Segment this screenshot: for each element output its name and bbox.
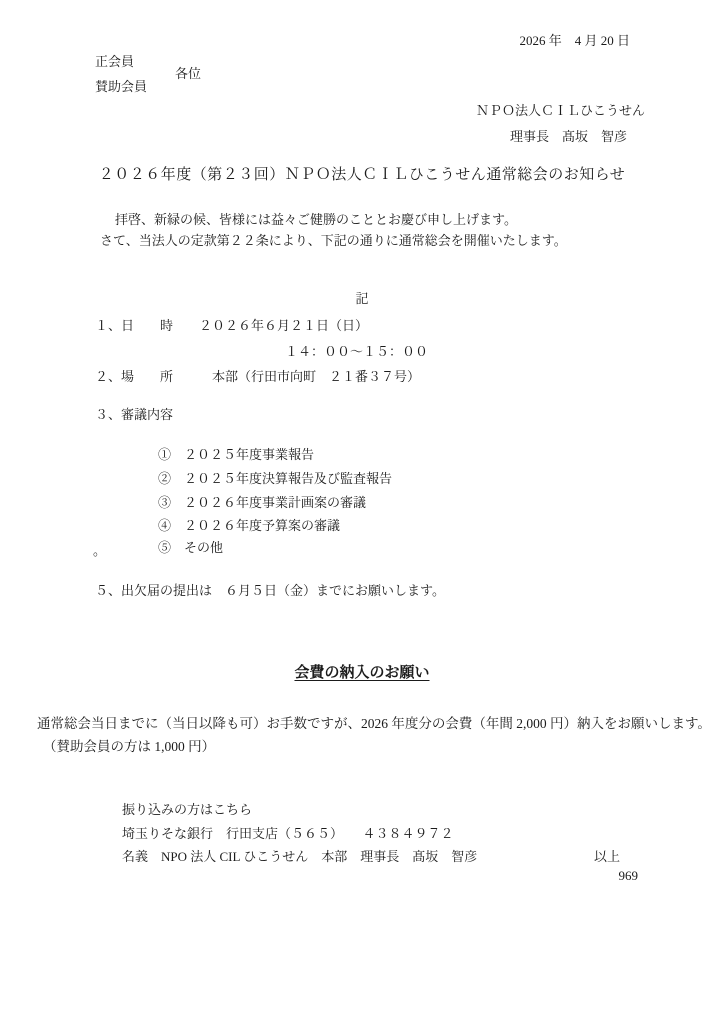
recipient-member-regular: 正会員 (95, 54, 134, 70)
item-rsvp: ５、出欠届の提出は ６月５日（金）までにお願いします。 (95, 583, 445, 599)
sender-representative: 理事長 髙坂 智彦 (510, 129, 627, 145)
document-title: ２０２６年度（第２３回）ＮＰＯ法人ＣＩＬひこうせん通常総会のお知らせ (0, 166, 724, 185)
record-heading: 記 (0, 291, 724, 307)
bank-account-line: 埼玉りそな銀行 行田支店（５６５） ４３８４９７２ (122, 826, 454, 842)
item-time: １４：００～１５：００ (285, 344, 428, 360)
greeting-line-1: 拝啓、新緑の候、皆様には益々ご健勝のこととお慶び申し上げます。 (115, 212, 517, 228)
item-place: ２、場 所 本部（行田市向町 ２１番３７号） (95, 369, 420, 385)
fee-paragraph-line-1: 通常総会当日までに（当日以降も可）お手数ですが、2026 年度分の会費（年間 2… (37, 716, 711, 733)
agenda-item-text: その他 (184, 540, 223, 555)
sender-organization: ＮＰＯ法人ＣＩＬひこうせん (476, 103, 645, 119)
recipient-member-supporting: 賛助会員 (95, 79, 147, 95)
document-date: 2026 年 4 月 20 日 (519, 33, 630, 49)
item-agenda-label: ３、審議内容 (95, 407, 173, 423)
closing-word: 以上 (594, 849, 620, 865)
agenda-item-number: ⑤ (158, 540, 171, 555)
account-name-line: 名義 NPO 法人 CIL ひこうせん 本部 理事長 髙坂 智彦 (122, 849, 477, 865)
agenda-item: ⑤ その他 (145, 524, 223, 573)
transfer-label: 振り込みの方はこちら (122, 802, 252, 818)
item-datetime: １、日 時 ２０２６年６月２１日（日） (95, 318, 368, 334)
recipient-honorific: 各位 (175, 66, 201, 82)
greeting-line-2: さて、当法人の定款第２２条により、下記の通りに通常総会を開催いたします。 (100, 233, 567, 249)
stray-period: 。 (93, 543, 106, 559)
fee-paragraph-line-2: （賛助会員の方は 1,000 円） (43, 739, 215, 756)
account-name-row: 名義 NPO 法人 CIL ひこうせん 本部 理事長 髙坂 智彦 以上 (122, 849, 620, 865)
fee-section-heading: 会費の納入のお願い (0, 664, 724, 683)
document-page: 2026 年 4 月 20 日 正会員 各位 賛助会員 ＮＰＯ法人ＣＩＬひこうせ… (0, 0, 724, 1024)
page-number: 969 (619, 868, 639, 884)
